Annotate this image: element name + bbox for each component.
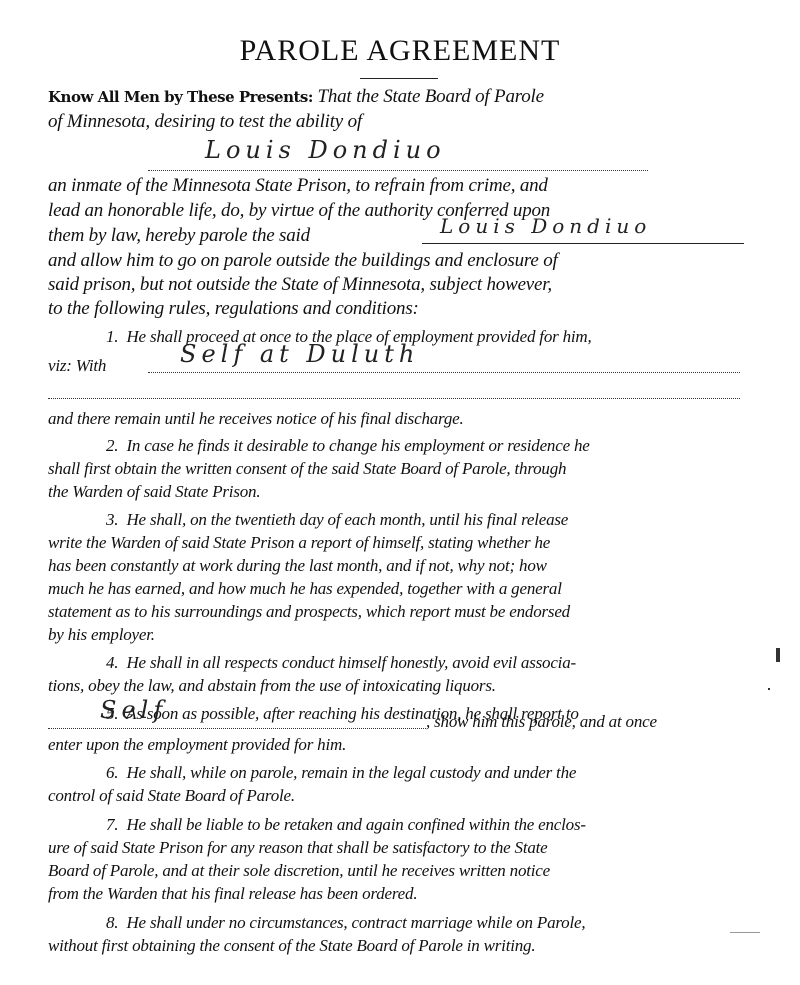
body-line-3: them by law, hereby parole the said bbox=[48, 225, 310, 247]
rule-4-line-1: 4. He shall in all respects conduct hims… bbox=[106, 653, 576, 673]
body-line-6: to the following rules, regulations and … bbox=[48, 298, 419, 320]
title-underline bbox=[360, 78, 438, 79]
rule-4-line-2: tions, obey the law, and abstain from th… bbox=[48, 676, 496, 696]
document-title: PAROLE AGREEMENT bbox=[0, 34, 800, 68]
rule-7-line-2: ure of said State Prison for any reason … bbox=[48, 838, 548, 858]
scan-artifact bbox=[776, 648, 780, 662]
rule-5-line-2: , show him this parole, and at once bbox=[426, 712, 657, 732]
rule-7-line-1: 7. He shall be liable to be retaken and … bbox=[106, 815, 586, 835]
scan-artifact bbox=[768, 688, 770, 690]
preamble-line-2: of Minnesota, desiring to test the abili… bbox=[48, 111, 362, 133]
body-line-4: and allow him to go on parole outside th… bbox=[48, 250, 558, 272]
employment-handwritten: Self at Duluth bbox=[180, 340, 419, 368]
rule-7-line-3: Board of Parole, and at their sole discr… bbox=[48, 861, 550, 881]
inmate-name-blank bbox=[148, 170, 648, 171]
rule-1-line-2: viz: With bbox=[48, 356, 106, 376]
rule-3-line-1: 3. He shall, on the twentieth day of eac… bbox=[106, 510, 568, 530]
rule-2-line-3: the Warden of said State Prison. bbox=[48, 482, 260, 502]
body-line-5: said prison, but not outside the State o… bbox=[48, 274, 552, 296]
employment-blank-1 bbox=[148, 372, 740, 373]
rule-3-line-5: statement as to his surroundings and pro… bbox=[48, 602, 570, 622]
rule-5-line-3: enter upon the employment provided for h… bbox=[48, 735, 346, 755]
body-line-1: an inmate of the Minnesota State Prison,… bbox=[48, 175, 548, 197]
employment-blank-2 bbox=[48, 398, 740, 399]
rule-1-line-3: and there remain until he receives notic… bbox=[48, 409, 464, 429]
rule-6-line-2: control of said State Board of Parole. bbox=[48, 786, 295, 806]
paroled-name-blank bbox=[422, 243, 744, 244]
rule-3-line-6: by his employer. bbox=[48, 625, 155, 645]
preamble-lead: Know All Men by These Presents: bbox=[48, 88, 313, 106]
report-to-blank bbox=[48, 728, 426, 729]
rule-3-line-3: has been constantly at work during the l… bbox=[48, 556, 547, 576]
rule-2-line-2: shall first obtain the written consent o… bbox=[48, 459, 566, 479]
preamble-text-1: That the State Board of Parole bbox=[317, 86, 543, 107]
rule-3-line-2: write the Warden of said State Prison a … bbox=[48, 533, 550, 553]
rule-8-line-2: without first obtaining the consent of t… bbox=[48, 936, 535, 956]
parole-agreement-document: PAROLE AGREEMENT Know All Men by These P… bbox=[0, 0, 800, 985]
rule-2-line-1: 2. In case he finds it desirable to chan… bbox=[106, 436, 590, 456]
rule-6-line-1: 6. He shall, while on parole, remain in … bbox=[106, 763, 576, 783]
rule-1-number: 1. bbox=[106, 327, 118, 346]
preamble-line-1: Know All Men by These Presents: That the… bbox=[48, 86, 544, 108]
report-to-handwritten: Self bbox=[100, 696, 167, 724]
paroled-name-handwritten: Louis Dondiuo bbox=[440, 214, 651, 238]
rule-7-line-4: from the Warden that his final release h… bbox=[48, 884, 417, 904]
inmate-name-handwritten: Louis Dondiuo bbox=[205, 136, 446, 164]
rule-8-line-1: 8. He shall under no circumstances, cont… bbox=[106, 913, 585, 933]
scan-artifact bbox=[730, 932, 760, 933]
rule-3-line-4: much he has earned, and how much he has … bbox=[48, 579, 562, 599]
